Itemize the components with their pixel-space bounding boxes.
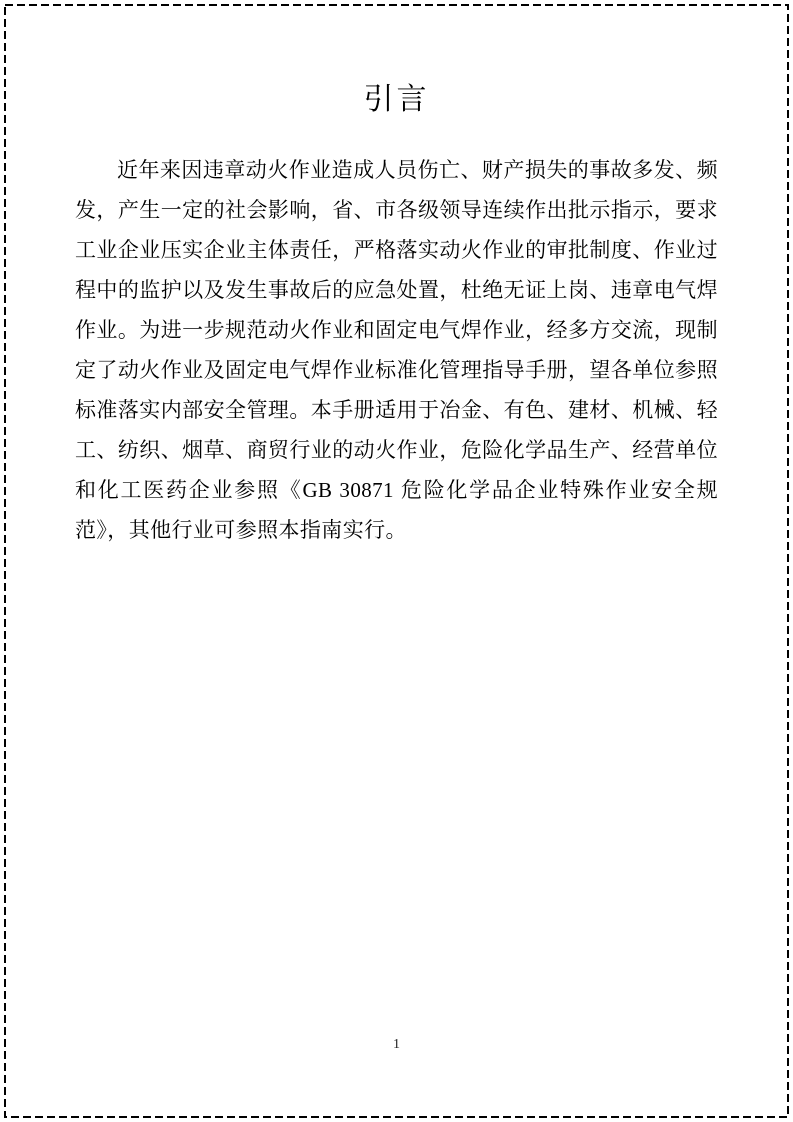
document-page: { "document": { "title": "引言", "paragrap… — [0, 0, 793, 1122]
page-number: 1 — [0, 1036, 793, 1054]
document-content: 引言 近年来因违章动火作业造成人员伤亡、财产损失的事故多发、频发，产生一定的社会… — [75, 0, 718, 550]
page-title: 引言 — [75, 80, 718, 120]
body-paragraph: 近年来因违章动火作业造成人员伤亡、财产损失的事故多发、频发，产生一定的社会影响，… — [75, 150, 718, 550]
